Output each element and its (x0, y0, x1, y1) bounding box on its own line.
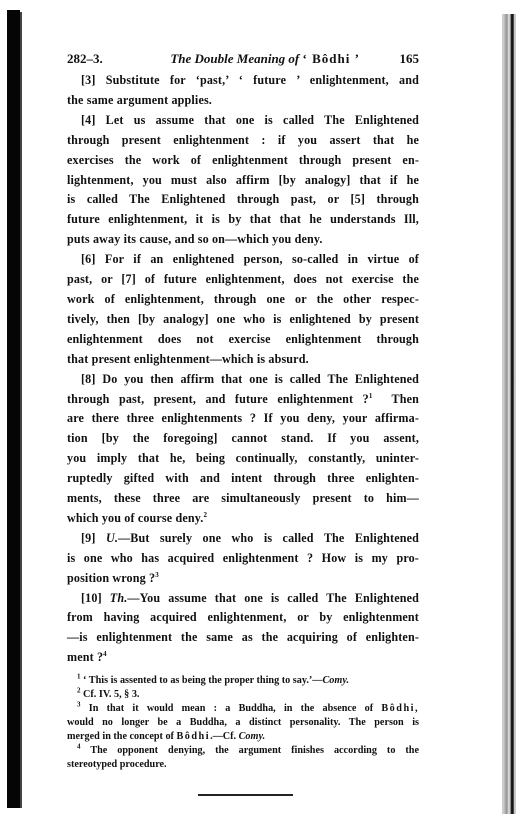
text-line: past, or [7] of future enlightenment, do… (67, 270, 419, 290)
footnote-term: Bôdhi (177, 731, 211, 742)
footnote-3-cont: merged in the concept of Bôdhi.—Cf. Comy… (67, 730, 419, 744)
scan-binding-shadow (7, 10, 20, 808)
text-line: through present enlightenment : if you a… (67, 131, 419, 151)
title-text: The Double Meaning of (170, 51, 299, 66)
text-fragment: position wrong ? (67, 571, 155, 585)
footnote-ref[interactable]: 1 (369, 391, 373, 399)
text-line: the same argument applies. (67, 91, 419, 111)
text-line: is called The Enlightened through past, … (67, 190, 419, 210)
footnote-text: Cf. IV. 5, § 3. (83, 689, 139, 700)
title-term: ‘ Bôdhi ’ (303, 51, 360, 66)
text-line: through past, present, and future enligh… (67, 390, 419, 410)
text-line: [6] For if an enlightened person, so-cal… (67, 250, 419, 270)
footnote-term: Bôdhi, (381, 703, 419, 714)
footnote-mark: 2 (77, 687, 81, 695)
end-rule (198, 794, 293, 796)
text-line: are there three enlightenments ? If you … (67, 409, 419, 429)
text-line: exercises the work of enlightenment thro… (67, 151, 419, 171)
text-line: that present enlightenment—which is absu… (67, 350, 419, 370)
footnote-3-cont: would no longer be a Buddha, a distinct … (67, 716, 419, 730)
text-line: you imply that he, being continually, co… (67, 449, 419, 469)
text-line: tion [by the foregoing] cannot stand. If… (67, 429, 419, 449)
footnote-text: .—Cf. (210, 731, 236, 742)
text-line: which you of course deny.2 (67, 509, 419, 529)
running-head: 282–3. The Double Meaning of ‘ Bôdhi ’ 1… (67, 49, 419, 69)
text-line: ruptedly gifted with and intent through … (67, 469, 419, 489)
footnote-mark: 3 (77, 701, 81, 709)
text-line: position wrong ?3 (67, 569, 419, 589)
section-number: 282–3. (67, 49, 103, 69)
scan-binding-edge (20, 12, 22, 808)
book-page: 282–3. The Double Meaning of ‘ Bôdhi ’ 1… (67, 49, 419, 796)
footnote-source: Comy. (323, 675, 350, 686)
footnote-mark: 4 (77, 743, 81, 751)
footnote-text: merged in the concept of (67, 731, 174, 742)
footnote-1: 1 ‘ This is assented to as being the pro… (67, 674, 419, 688)
text-line: enlightenment does not exercise enlighte… (67, 330, 419, 350)
text-line: [3] Substitute for ‘past,’ ‘ future ’ en… (67, 71, 419, 91)
text-line: tively, then [by analogy] one who is enl… (67, 310, 419, 330)
paragraph-number: [10] (81, 591, 102, 605)
text-line: [8] Do you then affirm that one is calle… (67, 370, 419, 390)
footnote-text: ‘ This is assented to as being the prope… (83, 675, 322, 686)
footnote-2: 2 Cf. IV. 5, § 3. (67, 688, 419, 702)
text-fragment: Then (392, 392, 420, 406)
text-line: future enlightenment, it is by that that… (67, 210, 419, 230)
footnote-ref[interactable]: 4 (103, 650, 107, 658)
text-line: [4] Let us assume that one is called The… (67, 111, 419, 131)
footnote-4-cont: stereotyped procedure. (67, 758, 419, 772)
footnote-text: In that it would mean : a Buddha, in the… (89, 703, 373, 714)
footnote-source: Comy. (239, 731, 266, 742)
text-fragment: —But surely one who is called The Enligh… (118, 531, 419, 545)
text-line: [9] U.—But surely one who is called The … (67, 529, 419, 549)
footnote-4: 4 The opponent denying, the argument fin… (67, 744, 419, 758)
text-line: work of enlightenment, through one or th… (67, 290, 419, 310)
text-fragment: through past, present, and future enligh… (67, 392, 369, 406)
footnote-ref[interactable]: 2 (203, 511, 207, 519)
scan-page-edge (502, 14, 516, 814)
footnote-3: 3 In that it would mean : a Buddha, in t… (67, 702, 419, 716)
page-title: The Double Meaning of ‘ Bôdhi ’ (170, 49, 360, 69)
footnote-mark: 1 (77, 673, 81, 681)
page-number: 165 (399, 49, 419, 69)
footnotes: 1 ‘ This is assented to as being the pro… (67, 674, 419, 772)
text-line: lightenment, you must also affirm [by an… (67, 171, 419, 191)
text-fragment: ment ? (67, 650, 103, 664)
body-text: [3] Substitute for ‘past,’ ‘ future ’ en… (67, 71, 419, 668)
text-fragment: —You assume that one is called The Enlig… (127, 591, 419, 605)
paragraph-number: [9] (81, 531, 96, 545)
text-line: is one who has acquired enlightenment ? … (67, 549, 419, 569)
text-line: ment ?4 (67, 648, 419, 668)
text-line: puts away its cause, and so on—which you… (67, 230, 419, 250)
speaker-label: U. (106, 531, 118, 545)
text-fragment: which you of course deny. (67, 511, 203, 525)
text-line: from having acquired enlightenment, or b… (67, 608, 419, 628)
text-line: ments, these three are simultaneously pr… (67, 489, 419, 509)
speaker-label: Th. (110, 591, 128, 605)
footnote-ref[interactable]: 3 (155, 571, 159, 579)
text-line: —is enlightenment the same as the acquir… (67, 628, 419, 648)
footnote-text: The opponent denying, the argument finis… (90, 745, 419, 756)
text-line: [10] Th.—You assume that one is called T… (67, 589, 419, 609)
